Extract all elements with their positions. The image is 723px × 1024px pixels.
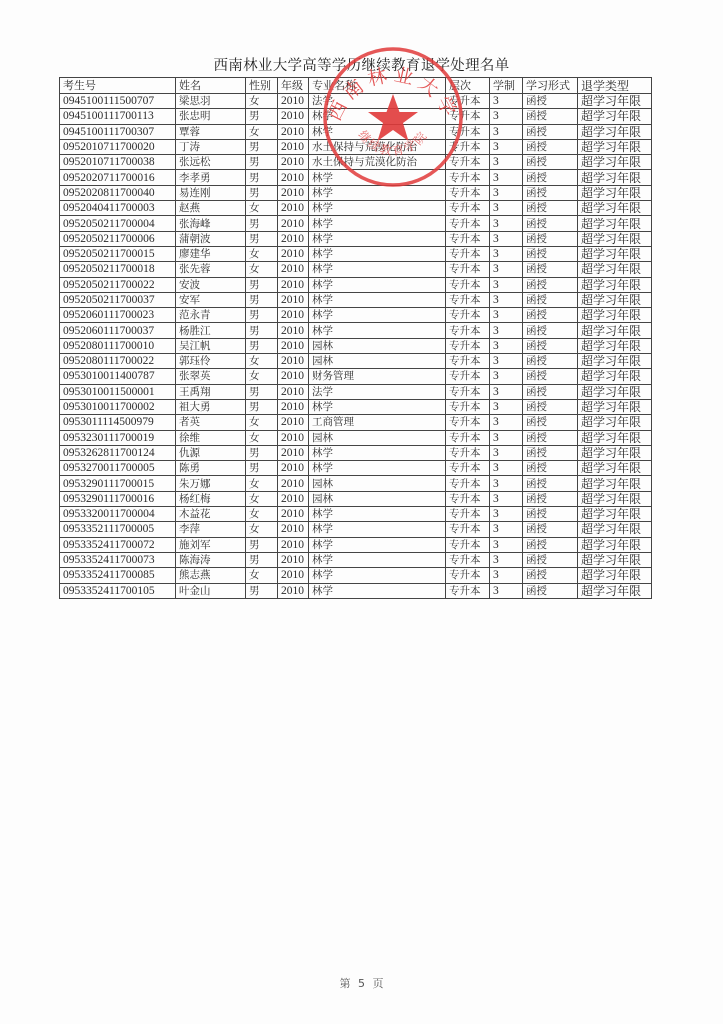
major-cell: 林学 [309, 445, 446, 460]
name-cell: 覃蓉 [176, 124, 246, 139]
duration-cell: 3 [490, 537, 523, 552]
grade-cell: 2010 [278, 552, 309, 567]
level-cell: 专升本 [446, 246, 490, 261]
withdrawal-type-cell: 超学习年限 [578, 94, 652, 109]
level-cell: 专升本 [446, 308, 490, 323]
student-id-cell: 0952080111700010 [60, 338, 176, 353]
table-row: 0952020711700016李孝勇男2010林学专升本3函授超学习年限 [60, 170, 652, 185]
column-header: 退学类型 [578, 78, 652, 94]
duration-cell: 3 [490, 246, 523, 261]
name-cell: 梁思羽 [176, 94, 246, 109]
withdrawal-type-cell: 超学习年限 [578, 491, 652, 506]
duration-cell: 3 [490, 231, 523, 246]
name-cell: 陈海涛 [176, 552, 246, 567]
duration-cell: 3 [490, 522, 523, 537]
name-cell: 李孝勇 [176, 170, 246, 185]
column-header: 性别 [246, 78, 278, 94]
name-cell: 丁涛 [176, 139, 246, 154]
withdrawal-type-cell: 超学习年限 [578, 109, 652, 124]
major-cell: 园林 [309, 491, 446, 506]
table-row: 0952040411700003赵燕女2010林学专升本3函授超学习年限 [60, 201, 652, 216]
table-row: 0952050211700006蒲朝波男2010林学专升本3函授超学习年限 [60, 231, 652, 246]
gender-cell: 男 [246, 231, 278, 246]
grade-cell: 2010 [278, 201, 309, 216]
level-cell: 专升本 [446, 139, 490, 154]
study-mode-cell: 函授 [523, 155, 578, 170]
grade-cell: 2010 [278, 155, 309, 170]
major-cell: 园林 [309, 476, 446, 491]
withdrawal-type-cell: 超学习年限 [578, 201, 652, 216]
gender-cell: 女 [246, 507, 278, 522]
name-cell: 范永青 [176, 308, 246, 323]
major-cell: 林学 [309, 461, 446, 476]
name-cell: 张先蓉 [176, 262, 246, 277]
withdrawal-type-cell: 超学习年限 [578, 369, 652, 384]
name-cell: 徐维 [176, 430, 246, 445]
withdrawal-type-cell: 超学习年限 [578, 415, 652, 430]
gender-cell: 男 [246, 461, 278, 476]
level-cell: 专升本 [446, 354, 490, 369]
student-id-cell: 0952010711700038 [60, 155, 176, 170]
level-cell: 专升本 [446, 155, 490, 170]
gender-cell: 女 [246, 491, 278, 506]
document-title: 西南林业大学高等学历继续教育退学处理名单 [0, 54, 723, 75]
student-id-cell: 0953352411700105 [60, 583, 176, 598]
grade-cell: 2010 [278, 415, 309, 430]
duration-cell: 3 [490, 216, 523, 231]
table-row: 0952050211700004张海峰男2010林学专升本3函授超学习年限 [60, 216, 652, 231]
grade-cell: 2010 [278, 491, 309, 506]
level-cell: 专升本 [446, 522, 490, 537]
duration-cell: 3 [490, 476, 523, 491]
study-mode-cell: 函授 [523, 170, 578, 185]
student-id-cell: 0953010011500001 [60, 384, 176, 399]
grade-cell: 2010 [278, 369, 309, 384]
grade-cell: 2010 [278, 246, 309, 261]
level-cell: 专升本 [446, 568, 490, 583]
study-mode-cell: 函授 [523, 369, 578, 384]
name-cell: 安军 [176, 292, 246, 307]
student-id-cell: 0952040411700003 [60, 201, 176, 216]
name-cell: 李萍 [176, 522, 246, 537]
level-cell: 专升本 [446, 445, 490, 460]
student-id-cell: 0945100111700307 [60, 124, 176, 139]
grade-cell: 2010 [278, 338, 309, 353]
table-row: 0953010011400787张翠英女2010财务管理专升本3函授超学习年限 [60, 369, 652, 384]
grade-cell: 2010 [278, 124, 309, 139]
student-id-cell: 0952020711700016 [60, 170, 176, 185]
table-row: 0952050211700022安波男2010林学专升本3函授超学习年限 [60, 277, 652, 292]
level-cell: 专升本 [446, 430, 490, 445]
student-id-cell: 0952010711700020 [60, 139, 176, 154]
major-cell: 林学 [309, 308, 446, 323]
student-id-cell: 0952060111700037 [60, 323, 176, 338]
gender-cell: 男 [246, 338, 278, 353]
table-row: 0953010011500001王禹翔男2010法学专升本3函授超学习年限 [60, 384, 652, 399]
level-cell: 专升本 [446, 109, 490, 124]
name-cell: 施刘军 [176, 537, 246, 552]
level-cell: 专升本 [446, 583, 490, 598]
major-cell: 林学 [309, 170, 446, 185]
duration-cell: 3 [490, 399, 523, 414]
withdrawal-type-cell: 超学习年限 [578, 522, 652, 537]
name-cell: 杨红梅 [176, 491, 246, 506]
withdrawal-roster-table: 考生号姓名性别年级专业名称层次学制学习形式退学类型 09451001115007… [59, 77, 652, 599]
student-id-cell: 0953352411700073 [60, 552, 176, 567]
study-mode-cell: 函授 [523, 552, 578, 567]
name-cell: 杨胜江 [176, 323, 246, 338]
grade-cell: 2010 [278, 308, 309, 323]
table-body: 0945100111500707梁思羽女2010法学专升本3函授超学习年限094… [60, 94, 652, 599]
student-id-cell: 0953320011700004 [60, 507, 176, 522]
table-row: 0952080111700022郭珏伶女2010园林专升本3函授超学习年限 [60, 354, 652, 369]
withdrawal-type-cell: 超学习年限 [578, 292, 652, 307]
column-header: 考生号 [60, 78, 176, 94]
name-cell: 木益花 [176, 507, 246, 522]
level-cell: 专升本 [446, 384, 490, 399]
duration-cell: 3 [490, 354, 523, 369]
table-header-row: 考生号姓名性别年级专业名称层次学制学习形式退学类型 [60, 78, 652, 94]
duration-cell: 3 [490, 277, 523, 292]
withdrawal-type-cell: 超学习年限 [578, 430, 652, 445]
withdrawal-type-cell: 超学习年限 [578, 185, 652, 200]
level-cell: 专升本 [446, 338, 490, 353]
level-cell: 专升本 [446, 461, 490, 476]
table-row: 0953230111700019徐维女2010园林专升本3函授超学习年限 [60, 430, 652, 445]
column-header: 层次 [446, 78, 490, 94]
duration-cell: 3 [490, 109, 523, 124]
student-id-cell: 0945100111700113 [60, 109, 176, 124]
name-cell: 朱万娜 [176, 476, 246, 491]
gender-cell: 男 [246, 552, 278, 567]
name-cell: 张海峰 [176, 216, 246, 231]
study-mode-cell: 函授 [523, 216, 578, 231]
level-cell: 专升本 [446, 216, 490, 231]
study-mode-cell: 函授 [523, 185, 578, 200]
name-cell: 赵燕 [176, 201, 246, 216]
gender-cell: 男 [246, 445, 278, 460]
withdrawal-type-cell: 超学习年限 [578, 384, 652, 399]
duration-cell: 3 [490, 124, 523, 139]
table-row: 0952010711700038张远松男2010水土保持与荒漠化防治专升本3函授… [60, 155, 652, 170]
student-id-cell: 0952050211700006 [60, 231, 176, 246]
withdrawal-type-cell: 超学习年限 [578, 277, 652, 292]
name-cell: 吴江帆 [176, 338, 246, 353]
major-cell: 水土保持与荒漠化防治 [309, 155, 446, 170]
duration-cell: 3 [490, 583, 523, 598]
gender-cell: 女 [246, 354, 278, 369]
level-cell: 专升本 [446, 415, 490, 430]
study-mode-cell: 函授 [523, 262, 578, 277]
duration-cell: 3 [490, 461, 523, 476]
table-row: 0953352411700072施刘军男2010林学专升本3函授超学习年限 [60, 537, 652, 552]
withdrawal-type-cell: 超学习年限 [578, 552, 652, 567]
table-row: 0953270011700005陈勇男2010林学专升本3函授超学习年限 [60, 461, 652, 476]
level-cell: 专升本 [446, 262, 490, 277]
name-cell: 易连刚 [176, 185, 246, 200]
name-cell: 蒲朝波 [176, 231, 246, 246]
gender-cell: 男 [246, 583, 278, 598]
table-row: 0952050211700018张先蓉女2010林学专升本3函授超学习年限 [60, 262, 652, 277]
name-cell: 廖建华 [176, 246, 246, 261]
major-cell: 水土保持与荒漠化防治 [309, 139, 446, 154]
table-row: 0945100111500707梁思羽女2010法学专升本3函授超学习年限 [60, 94, 652, 109]
duration-cell: 3 [490, 185, 523, 200]
withdrawal-type-cell: 超学习年限 [578, 399, 652, 414]
major-cell: 法学 [309, 94, 446, 109]
grade-cell: 2010 [278, 216, 309, 231]
grade-cell: 2010 [278, 231, 309, 246]
major-cell: 林学 [309, 568, 446, 583]
major-cell: 林学 [309, 292, 446, 307]
level-cell: 专升本 [446, 537, 490, 552]
table-row: 0953290111700016杨红梅女2010园林专升本3函授超学习年限 [60, 491, 652, 506]
name-cell: 陈勇 [176, 461, 246, 476]
table-row: 0952020811700040易连刚男2010林学专升本3函授超学习年限 [60, 185, 652, 200]
student-id-cell: 0945100111500707 [60, 94, 176, 109]
withdrawal-type-cell: 超学习年限 [578, 461, 652, 476]
major-cell: 林学 [309, 507, 446, 522]
gender-cell: 男 [246, 399, 278, 414]
study-mode-cell: 函授 [523, 124, 578, 139]
gender-cell: 男 [246, 308, 278, 323]
student-id-cell: 0952050211700037 [60, 292, 176, 307]
gender-cell: 女 [246, 124, 278, 139]
table-row: 0953011114500979者英女2010工商管理专升本3函授超学习年限 [60, 415, 652, 430]
study-mode-cell: 函授 [523, 109, 578, 124]
withdrawal-type-cell: 超学习年限 [578, 323, 652, 338]
table-row: 0953352411700073陈海涛男2010林学专升本3函授超学习年限 [60, 552, 652, 567]
major-cell: 林学 [309, 522, 446, 537]
study-mode-cell: 函授 [523, 94, 578, 109]
grade-cell: 2010 [278, 354, 309, 369]
gender-cell: 女 [246, 430, 278, 445]
level-cell: 专升本 [446, 552, 490, 567]
column-header: 学习形式 [523, 78, 578, 94]
column-header: 年级 [278, 78, 309, 94]
student-id-cell: 0952060111700023 [60, 308, 176, 323]
gender-cell: 女 [246, 522, 278, 537]
major-cell: 林学 [309, 399, 446, 414]
page-number: 第 5 页 [0, 975, 723, 991]
student-id-cell: 0952050211700004 [60, 216, 176, 231]
gender-cell: 男 [246, 216, 278, 231]
grade-cell: 2010 [278, 384, 309, 399]
grade-cell: 2010 [278, 170, 309, 185]
level-cell: 专升本 [446, 476, 490, 491]
major-cell: 法学 [309, 384, 446, 399]
withdrawal-type-cell: 超学习年限 [578, 216, 652, 231]
table-row: 0953352411700085熊志燕女2010林学专升本3函授超学习年限 [60, 568, 652, 583]
study-mode-cell: 函授 [523, 461, 578, 476]
major-cell: 林学 [309, 583, 446, 598]
level-cell: 专升本 [446, 201, 490, 216]
grade-cell: 2010 [278, 292, 309, 307]
column-header: 学制 [490, 78, 523, 94]
table-row: 0953262811700124仇源男2010林学专升本3函授超学习年限 [60, 445, 652, 460]
major-cell: 林学 [309, 246, 446, 261]
study-mode-cell: 函授 [523, 354, 578, 369]
student-id-cell: 0952050211700015 [60, 246, 176, 261]
gender-cell: 女 [246, 568, 278, 583]
withdrawal-type-cell: 超学习年限 [578, 124, 652, 139]
study-mode-cell: 函授 [523, 522, 578, 537]
duration-cell: 3 [490, 384, 523, 399]
study-mode-cell: 函授 [523, 445, 578, 460]
student-id-cell: 0953010011700002 [60, 399, 176, 414]
grade-cell: 2010 [278, 522, 309, 537]
study-mode-cell: 函授 [523, 491, 578, 506]
name-cell: 张翠英 [176, 369, 246, 384]
withdrawal-type-cell: 超学习年限 [578, 231, 652, 246]
withdrawal-type-cell: 超学习年限 [578, 583, 652, 598]
table-row: 0952060111700023范永青男2010林学专升本3函授超学习年限 [60, 308, 652, 323]
major-cell: 园林 [309, 354, 446, 369]
major-cell: 林学 [309, 323, 446, 338]
student-id-cell: 0953011114500979 [60, 415, 176, 430]
student-id-cell: 0953290111700015 [60, 476, 176, 491]
name-cell: 叶金山 [176, 583, 246, 598]
grade-cell: 2010 [278, 185, 309, 200]
grade-cell: 2010 [278, 583, 309, 598]
duration-cell: 3 [490, 415, 523, 430]
gender-cell: 女 [246, 201, 278, 216]
name-cell: 郭珏伶 [176, 354, 246, 369]
table-row: 0953352411700105叶金山男2010林学专升本3函授超学习年限 [60, 583, 652, 598]
gender-cell: 男 [246, 277, 278, 292]
student-id-cell: 0952080111700022 [60, 354, 176, 369]
student-id-cell: 0952050211700022 [60, 277, 176, 292]
level-cell: 专升本 [446, 124, 490, 139]
gender-cell: 男 [246, 139, 278, 154]
level-cell: 专升本 [446, 323, 490, 338]
study-mode-cell: 函授 [523, 507, 578, 522]
grade-cell: 2010 [278, 537, 309, 552]
study-mode-cell: 函授 [523, 277, 578, 292]
name-cell: 王禹翔 [176, 384, 246, 399]
level-cell: 专升本 [446, 231, 490, 246]
level-cell: 专升本 [446, 292, 490, 307]
study-mode-cell: 函授 [523, 323, 578, 338]
student-id-cell: 0953230111700019 [60, 430, 176, 445]
student-id-cell: 0952020811700040 [60, 185, 176, 200]
gender-cell: 男 [246, 109, 278, 124]
major-cell: 林学 [309, 124, 446, 139]
study-mode-cell: 函授 [523, 384, 578, 399]
column-header: 专业名称 [309, 78, 446, 94]
gender-cell: 男 [246, 323, 278, 338]
withdrawal-type-cell: 超学习年限 [578, 262, 652, 277]
table-row: 0952080111700010吴江帆男2010园林专升本3函授超学习年限 [60, 338, 652, 353]
study-mode-cell: 函授 [523, 201, 578, 216]
grade-cell: 2010 [278, 139, 309, 154]
table-row: 0953352111700005李萍女2010林学专升本3函授超学习年限 [60, 522, 652, 537]
student-id-cell: 0953270011700005 [60, 461, 176, 476]
gender-cell: 男 [246, 292, 278, 307]
duration-cell: 3 [490, 568, 523, 583]
student-id-cell: 0953262811700124 [60, 445, 176, 460]
major-cell: 林学 [309, 109, 446, 124]
student-id-cell: 0953290111700016 [60, 491, 176, 506]
study-mode-cell: 函授 [523, 292, 578, 307]
withdrawal-type-cell: 超学习年限 [578, 155, 652, 170]
major-cell: 林学 [309, 262, 446, 277]
withdrawal-type-cell: 超学习年限 [578, 537, 652, 552]
duration-cell: 3 [490, 369, 523, 384]
major-cell: 林学 [309, 552, 446, 567]
study-mode-cell: 函授 [523, 139, 578, 154]
study-mode-cell: 函授 [523, 308, 578, 323]
grade-cell: 2010 [278, 461, 309, 476]
gender-cell: 女 [246, 476, 278, 491]
study-mode-cell: 函授 [523, 415, 578, 430]
major-cell: 园林 [309, 338, 446, 353]
level-cell: 专升本 [446, 369, 490, 384]
major-cell: 林学 [309, 216, 446, 231]
gender-cell: 男 [246, 537, 278, 552]
level-cell: 专升本 [446, 94, 490, 109]
withdrawal-type-cell: 超学习年限 [578, 445, 652, 460]
student-id-cell: 0953352111700005 [60, 522, 176, 537]
duration-cell: 3 [490, 445, 523, 460]
duration-cell: 3 [490, 262, 523, 277]
gender-cell: 女 [246, 415, 278, 430]
study-mode-cell: 函授 [523, 583, 578, 598]
gender-cell: 男 [246, 384, 278, 399]
name-cell: 张远松 [176, 155, 246, 170]
withdrawal-type-cell: 超学习年限 [578, 476, 652, 491]
name-cell: 安波 [176, 277, 246, 292]
withdrawal-type-cell: 超学习年限 [578, 338, 652, 353]
grade-cell: 2010 [278, 430, 309, 445]
withdrawal-type-cell: 超学习年限 [578, 354, 652, 369]
name-cell: 祖大勇 [176, 399, 246, 414]
withdrawal-type-cell: 超学习年限 [578, 139, 652, 154]
column-header: 姓名 [176, 78, 246, 94]
grade-cell: 2010 [278, 507, 309, 522]
level-cell: 专升本 [446, 277, 490, 292]
duration-cell: 3 [490, 430, 523, 445]
table-row: 0952010711700020丁涛男2010水土保持与荒漠化防治专升本3函授超… [60, 139, 652, 154]
duration-cell: 3 [490, 507, 523, 522]
duration-cell: 3 [490, 170, 523, 185]
table-row: 0952050211700037安军男2010林学专升本3函授超学习年限 [60, 292, 652, 307]
name-cell: 张忠明 [176, 109, 246, 124]
study-mode-cell: 函授 [523, 246, 578, 261]
table-row: 0953290111700015朱万娜女2010园林专升本3函授超学习年限 [60, 476, 652, 491]
withdrawal-type-cell: 超学习年限 [578, 568, 652, 583]
table-row: 0953010011700002祖大勇男2010林学专升本3函授超学习年限 [60, 399, 652, 414]
gender-cell: 女 [246, 262, 278, 277]
gender-cell: 男 [246, 185, 278, 200]
study-mode-cell: 函授 [523, 568, 578, 583]
student-id-cell: 0953010011400787 [60, 369, 176, 384]
grade-cell: 2010 [278, 399, 309, 414]
major-cell: 林学 [309, 537, 446, 552]
study-mode-cell: 函授 [523, 338, 578, 353]
duration-cell: 3 [490, 201, 523, 216]
study-mode-cell: 函授 [523, 399, 578, 414]
withdrawal-type-cell: 超学习年限 [578, 507, 652, 522]
name-cell: 仇源 [176, 445, 246, 460]
name-cell: 者英 [176, 415, 246, 430]
table-row: 0952060111700037杨胜江男2010林学专升本3函授超学习年限 [60, 323, 652, 338]
level-cell: 专升本 [446, 185, 490, 200]
study-mode-cell: 函授 [523, 476, 578, 491]
level-cell: 专升本 [446, 491, 490, 506]
gender-cell: 男 [246, 155, 278, 170]
major-cell: 财务管理 [309, 369, 446, 384]
